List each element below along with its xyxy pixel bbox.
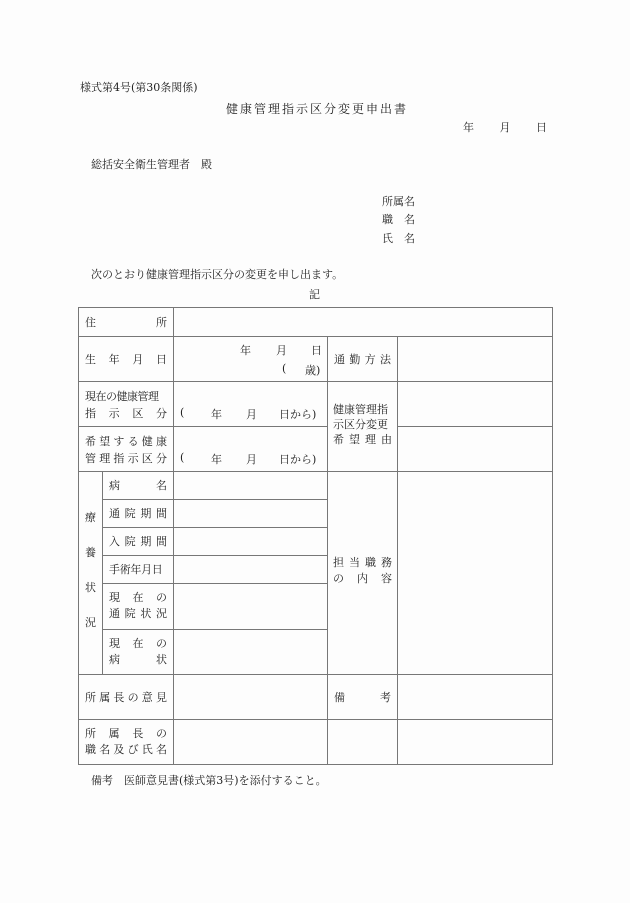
date-year: 年 — [463, 119, 474, 135]
label-char: 入 — [109, 533, 120, 550]
label-char: 方 — [365, 351, 376, 368]
label-char: の — [333, 571, 344, 587]
label-char: 現 — [109, 590, 120, 606]
label-char: 病 — [109, 652, 120, 668]
remarks-field[interactable] — [398, 675, 552, 764]
manager-name-field[interactable] — [174, 720, 327, 764]
label-line: 担 当 職 務 — [333, 555, 392, 571]
label-char: 考 — [380, 689, 391, 706]
label-char: 氏 — [142, 742, 153, 758]
label-char: 職 — [365, 555, 376, 571]
label-char: 長 — [113, 689, 124, 706]
label-char: 通 — [109, 505, 120, 522]
department-label: 所属名 — [382, 193, 415, 209]
intro-text: 次のとおり健康管理指示区分の変更を申し出ます。 — [91, 266, 343, 282]
label-char: 現 — [109, 636, 120, 652]
label-line: 希 望 す る 健 康 — [85, 433, 167, 450]
label-char: 当 — [349, 555, 360, 571]
disease-name-field[interactable] — [174, 472, 327, 499]
current-outpatient-status-label: 現 在 の 通 院 状 況 — [103, 584, 173, 629]
commute-field[interactable] — [398, 337, 552, 381]
label-char: 在 — [133, 636, 144, 652]
surgery-date-label: 手術年月日 — [103, 556, 173, 583]
label-char: 名 — [99, 742, 110, 758]
change-reason-field-2[interactable] — [398, 427, 552, 471]
label-char: 所 — [85, 689, 96, 706]
label-char: 示 — [128, 450, 139, 467]
label-char: 間 — [156, 505, 167, 522]
hospitalization-period-field[interactable] — [174, 528, 327, 555]
paren-open: ( — [180, 406, 184, 419]
birth-date-label: 生 年 月 日 — [79, 337, 173, 381]
name-label: 氏 名 — [382, 230, 415, 246]
label-char: 通 — [109, 606, 120, 622]
label-char: 院 — [125, 606, 136, 622]
label-char: 月 — [132, 351, 143, 368]
label-char: 住 — [85, 314, 96, 331]
date-line: 年 月 日 — [463, 119, 547, 135]
divider — [552, 307, 553, 764]
change-reason-label: 健康管理指 示区分変更 希 望 理 由 — [328, 382, 397, 471]
manager-opinion-label: 所 属 長 の 意 見 — [79, 675, 173, 719]
addressee: 総括安全衛生管理者 殿 — [91, 156, 212, 172]
label-char: 所 — [85, 726, 96, 742]
label-char: の — [156, 726, 167, 742]
label-char: 由 — [381, 432, 392, 447]
label-char: 状 — [85, 579, 96, 595]
year-label: 年 — [211, 406, 222, 422]
divider — [78, 764, 553, 765]
label-char: の — [156, 636, 167, 652]
label-char: 病 — [109, 477, 120, 494]
label-char: 状 — [140, 606, 151, 622]
label-char: 分 — [156, 450, 167, 467]
label-char: 期 — [140, 533, 151, 550]
label-char: 状 — [156, 652, 167, 668]
label-char: 職 — [85, 742, 96, 758]
label-char: 養 — [85, 544, 96, 560]
label-char: 健 — [142, 433, 153, 450]
label-char: 内 — [357, 571, 368, 587]
label-char: 院 — [125, 505, 136, 522]
label-line: の 内 容 — [333, 571, 392, 587]
duties-field[interactable] — [398, 472, 552, 674]
label-char: 備 — [334, 689, 345, 706]
manager-seal-field[interactable] — [328, 720, 397, 764]
label-char: 見 — [156, 689, 167, 706]
label-char: 療 — [85, 509, 96, 525]
desired-class-label: 希 望 す る 健 康 管 理 指 示 区 分 — [79, 427, 173, 471]
day-from-label: 日から) — [279, 451, 316, 467]
manager-opinion-field[interactable] — [174, 675, 327, 719]
outpatient-period-field[interactable] — [174, 500, 327, 527]
label-line: 病 状 — [109, 652, 167, 668]
label-char: 通 — [334, 351, 345, 368]
label-char: す — [113, 433, 124, 450]
label-char: 及 — [113, 742, 124, 758]
label-char: の — [156, 590, 167, 606]
hospitalization-period-label: 入 院 期 間 — [103, 528, 173, 555]
desired-class-field[interactable]: ( 年 月 日から) — [174, 427, 327, 471]
label-line: 示区分変更 — [333, 417, 392, 432]
remarks-label: 備 考 — [328, 675, 397, 719]
label-char: 理 — [365, 432, 376, 447]
label-line: 現 在 の — [109, 636, 167, 652]
surgery-date-field[interactable] — [174, 556, 327, 583]
label-char: 康 — [156, 433, 167, 450]
label-line: 現在の健康管理 — [85, 388, 167, 405]
label-char: 生 — [85, 351, 96, 368]
age-open: ( — [282, 362, 286, 375]
label-char: び — [128, 742, 139, 758]
current-class-field[interactable]: ( 年 月 日から) — [174, 382, 327, 426]
date-day: 日 — [536, 119, 547, 135]
label-char: 属 — [109, 726, 120, 742]
address-label: 住 所 — [79, 308, 173, 336]
current-outpatient-status-field[interactable] — [174, 584, 327, 629]
label-char: 属 — [99, 689, 110, 706]
label-char: の — [128, 689, 139, 706]
label-line: 希 望 理 由 — [333, 432, 392, 447]
label-char: 示 — [109, 405, 120, 422]
label-char: 長 — [132, 726, 143, 742]
form-number: 様式第4号(第30条関係) — [80, 79, 198, 95]
year-label: 年 — [211, 451, 222, 467]
current-condition-field[interactable] — [174, 630, 327, 674]
label-char: 分 — [156, 405, 167, 422]
day-from-label: 日から) — [279, 406, 316, 422]
label-char: 況 — [156, 606, 167, 622]
label-char: 区 — [142, 450, 153, 467]
label-char: 院 — [125, 533, 136, 550]
label-char: 理 — [99, 450, 110, 467]
label-line: 指 示 区 分 — [85, 405, 167, 422]
label-char: 希 — [85, 433, 96, 450]
birth-year: 年 — [240, 342, 251, 358]
label-char: 況 — [85, 614, 96, 630]
manager-name-label: 所 属 長 の 職 名 及 び 氏 名 — [79, 720, 173, 764]
label-char: る — [128, 433, 139, 450]
label-char: 法 — [380, 351, 391, 368]
label-char: 希 — [333, 432, 344, 447]
date-month: 月 — [500, 119, 511, 135]
ki-label: 記 — [309, 286, 320, 302]
disease-name-label: 病 名 — [103, 472, 173, 499]
label-char: 望 — [349, 432, 360, 447]
label-line: 管 理 指 示 区 分 — [85, 450, 167, 467]
label-char: 年 — [109, 351, 120, 368]
outpatient-period-label: 通 院 期 間 — [103, 500, 173, 527]
label-char: 名 — [156, 742, 167, 758]
birth-day: 日 — [311, 342, 322, 358]
label-char: 意 — [142, 689, 153, 706]
footnote: 備考 医師意見書(様式第3号)を添付すること。 — [91, 772, 327, 788]
label-line: 職 名 及 び 氏 名 — [85, 742, 167, 758]
label-line: 通 院 状 況 — [109, 606, 167, 622]
month-label: 月 — [246, 451, 257, 467]
label-char: 指 — [85, 405, 96, 422]
birth-date-field[interactable]: 年 月 日 ( 歳) — [174, 337, 327, 381]
label-char: 担 — [333, 555, 344, 571]
label-char: 名 — [156, 477, 167, 494]
label-char: 勤 — [349, 351, 360, 368]
label-char: 管 — [85, 450, 96, 467]
age-label: 歳) — [305, 362, 320, 378]
duties-label: 担 当 職 務 の 内 容 — [328, 555, 397, 587]
label-char: 区 — [132, 405, 143, 422]
birth-month: 月 — [276, 342, 287, 358]
label-char: 務 — [381, 555, 392, 571]
label-line: 健康管理指 — [333, 402, 392, 417]
label-char: 日 — [156, 351, 167, 368]
label-char: 期 — [140, 505, 151, 522]
current-condition-label: 現 在 の 病 状 — [103, 630, 173, 674]
address-field[interactable] — [174, 308, 552, 336]
month-label: 月 — [246, 406, 257, 422]
commute-label: 通 勤 方 法 — [328, 337, 397, 381]
label-line: 所 属 長 の — [85, 726, 167, 742]
change-reason-field-1[interactable] — [398, 382, 552, 426]
label-line: 現 在 の — [109, 590, 167, 606]
label-char: 指 — [113, 450, 124, 467]
label-char: 在 — [133, 590, 144, 606]
paren-open: ( — [180, 451, 184, 464]
label-char: 間 — [156, 533, 167, 550]
label-char: 所 — [156, 314, 167, 331]
label-char: 容 — [381, 571, 392, 587]
label-char: 望 — [99, 433, 110, 450]
current-class-label: 現在の健康管理 指 示 区 分 — [79, 382, 173, 426]
position-label: 職 名 — [382, 211, 415, 227]
treatment-status-label: 療 養 状 況 — [79, 509, 102, 630]
page-title: 健康管理指示区分変更申出書 — [226, 100, 408, 117]
